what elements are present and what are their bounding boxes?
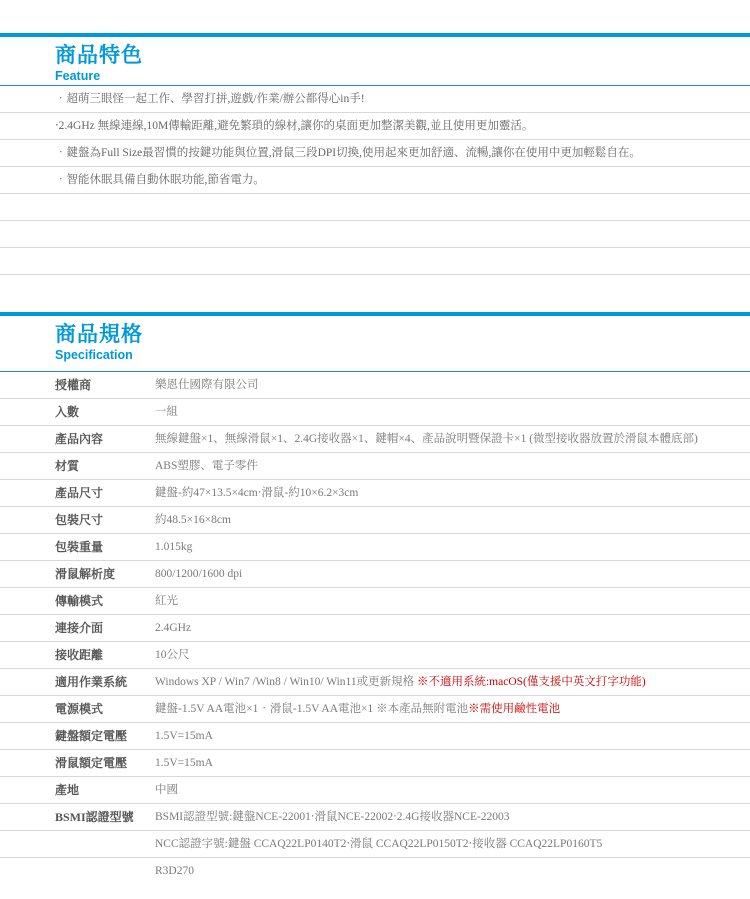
feature-bullet: ‧鍵盤為Full Size最習慣的按鍵功能與位置,滑鼠三段DPI切換,使用起來更… [0, 140, 750, 167]
spec-value-text: 一組 [155, 406, 178, 418]
spec-value: 1.015kg [155, 534, 750, 560]
feature-bullet: ‧智能休眠具備自動休眠功能,節省電力。 [0, 167, 750, 194]
spec-value: R3D270 [155, 858, 750, 884]
spec-label: 產品尺寸 [0, 480, 155, 506]
spec-row-rohs: R3D270 [0, 858, 750, 884]
spec-value: 樂恩仕國際有限公司 [155, 372, 750, 398]
top-whitespace [0, 0, 750, 33]
spec-row-package-size: 包裝尺寸 約48.5×16×8cm [0, 507, 750, 534]
feature-section-title: 商品特色 [55, 44, 750, 68]
spec-row-keyboard-voltage: 鍵盤額定電壓 1.5V=15mA [0, 723, 750, 750]
spec-value-text: 1.015kg [155, 541, 192, 553]
spec-row-bsmi: BSMI認證型號 BSMI認證型號:鍵盤NCE-22001‧滑鼠NCE-2200… [0, 804, 750, 831]
feature-section-header: 商品特色 Feature [0, 37, 750, 85]
spec-label: 包裝重量 [0, 534, 155, 560]
spec-value-text: 樂恩仕國際有限公司 [155, 379, 259, 391]
spec-label: 授權商 [0, 372, 155, 398]
spec-label: 接收距離 [0, 642, 155, 668]
spec-label: 包裝尺寸 [0, 507, 155, 533]
spec-value: ABS塑膠、電子零件 [155, 453, 750, 479]
spec-label: 產地 [0, 777, 155, 803]
spec-row-quantity: 入數 一組 [0, 399, 750, 426]
spec-value: 1.5V=15mA [155, 723, 750, 749]
spec-row-mouse-dpi: 滑鼠解析度 800/1200/1600 dpi [0, 561, 750, 588]
spec-section-title: 商品規格 [55, 323, 750, 347]
spec-label [0, 831, 155, 857]
spec-row-mouse-voltage: 滑鼠額定電壓 1.5V=15mA [0, 750, 750, 777]
spec-row-licensor: 授權商 樂恩仕國際有限公司 [0, 372, 750, 399]
spec-value: BSMI認證型號:鍵盤NCE-22001‧滑鼠NCE-22002‧2.4G接收器… [155, 804, 750, 830]
spec-value-text: NCC認證字號:鍵盤 CCAQ22LP0140T2‧滑鼠 CCAQ22LP015… [155, 838, 602, 850]
spec-row-interface: 連接介面 2.4GHz [0, 615, 750, 642]
spec-value-text: 鍵盤-1.5V AA電池×1‧滑鼠-1.5V AA電池×1 ※本產品無附電池 [155, 703, 468, 715]
spec-label: 滑鼠解析度 [0, 561, 155, 587]
spec-row-os: 適用作業系統 Windows XP / Win7 /Win8 / Win10/ … [0, 669, 750, 696]
spec-label: 鍵盤額定電壓 [0, 723, 155, 749]
spec-label: 適用作業系統 [0, 669, 155, 695]
spec-value: 無線鍵盤×1、無線滑鼠×1、2.4G接收器×1、鍵帽×4、產品說明暨保證卡×1 … [155, 426, 750, 452]
spec-value-text: 1.5V=15mA [155, 757, 213, 769]
spec-value: 800/1200/1600 dpi [155, 561, 750, 587]
spec-row-ncc: NCC認證字號:鍵盤 CCAQ22LP0140T2‧滑鼠 CCAQ22LP015… [0, 831, 750, 858]
spec-row-product-size: 產品尺寸 鍵盤-約47×13.5×4cm‧滑鼠-約10×6.2×3cm [0, 480, 750, 507]
spec-value: 鍵盤-1.5V AA電池×1‧滑鼠-1.5V AA電池×1 ※本產品無附電池※需… [155, 696, 750, 722]
spec-label: 電源模式 [0, 696, 155, 722]
spec-label [0, 858, 155, 884]
spec-value-text: 10公尺 [155, 649, 190, 661]
spec-value: 中國 [155, 777, 750, 803]
spec-value-text: 紅光 [155, 595, 178, 607]
spec-value-warning: ※不適用系統:macOS(僅支援中英文打字功能) [417, 676, 646, 688]
spec-row-origin: 產地 中國 [0, 777, 750, 804]
spec-row-range: 接收距離 10公尺 [0, 642, 750, 669]
spec-value-text: 800/1200/1600 dpi [155, 568, 242, 580]
feature-section-subtitle: Feature [55, 68, 750, 84]
feature-bullet: ‧2.4GHz 無線連線,10M傳輸距離,避免繁瑣的線材,讓你的桌面更加整潔美觀… [0, 113, 750, 140]
spec-label: 入數 [0, 399, 155, 425]
spec-value-text: R3D270 [155, 865, 194, 877]
spec-value-text: 2.4GHz [155, 622, 191, 634]
spec-value-text: 約48.5×16×8cm [155, 514, 231, 526]
section-gap [0, 275, 750, 312]
spec-label: 滑鼠額定電壓 [0, 750, 155, 776]
spec-label: 連接介面 [0, 615, 155, 641]
spec-section-subtitle: Specification [55, 347, 750, 363]
spec-label: 傳輸模式 [0, 588, 155, 614]
spec-value: NCC認證字號:鍵盤 CCAQ22LP0140T2‧滑鼠 CCAQ22LP015… [155, 831, 750, 857]
spec-value: 1.5V=15mA [155, 750, 750, 776]
spec-row-transmission: 傳輸模式 紅光 [0, 588, 750, 615]
spec-value: 一組 [155, 399, 750, 425]
spec-row-contents: 產品內容 無線鍵盤×1、無線滑鼠×1、2.4G接收器×1、鍵帽×4、產品說明暨保… [0, 426, 750, 453]
spec-row-package-weight: 包裝重量 1.015kg [0, 534, 750, 561]
spec-label: BSMI認證型號 [0, 804, 155, 830]
spec-value: 10公尺 [155, 642, 750, 668]
feature-empty-row [0, 248, 750, 275]
spec-value: 鍵盤-約47×13.5×4cm‧滑鼠-約10×6.2×3cm [155, 480, 750, 506]
spec-value-warning: ※需使用鹼性電池 [468, 703, 560, 715]
spec-row-material: 材質 ABS塑膠、電子零件 [0, 453, 750, 480]
feature-empty-row [0, 221, 750, 248]
spec-value: 紅光 [155, 588, 750, 614]
spec-value-text: 鍵盤-約47×13.5×4cm‧滑鼠-約10×6.2×3cm [155, 487, 358, 499]
spec-label: 產品內容 [0, 426, 155, 452]
spec-label: 材質 [0, 453, 155, 479]
spec-value-text: BSMI認證型號:鍵盤NCE-22001‧滑鼠NCE-22002‧2.4G接收器… [155, 811, 510, 823]
feature-empty-row [0, 194, 750, 221]
feature-bullet: ‧超萌三眼怪一起工作、學習打拼,遊戲/作業/辦公都得心in手! [0, 86, 750, 113]
spec-value: Windows XP / Win7 /Win8 / Win10/ Win11或更… [155, 669, 750, 695]
spec-section-header: 商品規格 Specification [0, 316, 750, 371]
spec-value: 2.4GHz [155, 615, 750, 641]
spec-value: 約48.5×16×8cm [155, 507, 750, 533]
spec-value-text: Windows XP / Win7 /Win8 / Win10/ Win11或更… [155, 676, 417, 688]
spec-value-text: 無線鍵盤×1、無線滑鼠×1、2.4G接收器×1、鍵帽×4、產品說明暨保證卡×1 … [155, 433, 698, 445]
spec-row-power: 電源模式 鍵盤-1.5V AA電池×1‧滑鼠-1.5V AA電池×1 ※本產品無… [0, 696, 750, 723]
spec-value-text: ABS塑膠、電子零件 [155, 460, 258, 472]
spec-value-text: 中國 [155, 784, 178, 796]
spec-value-text: 1.5V=15mA [155, 730, 213, 742]
